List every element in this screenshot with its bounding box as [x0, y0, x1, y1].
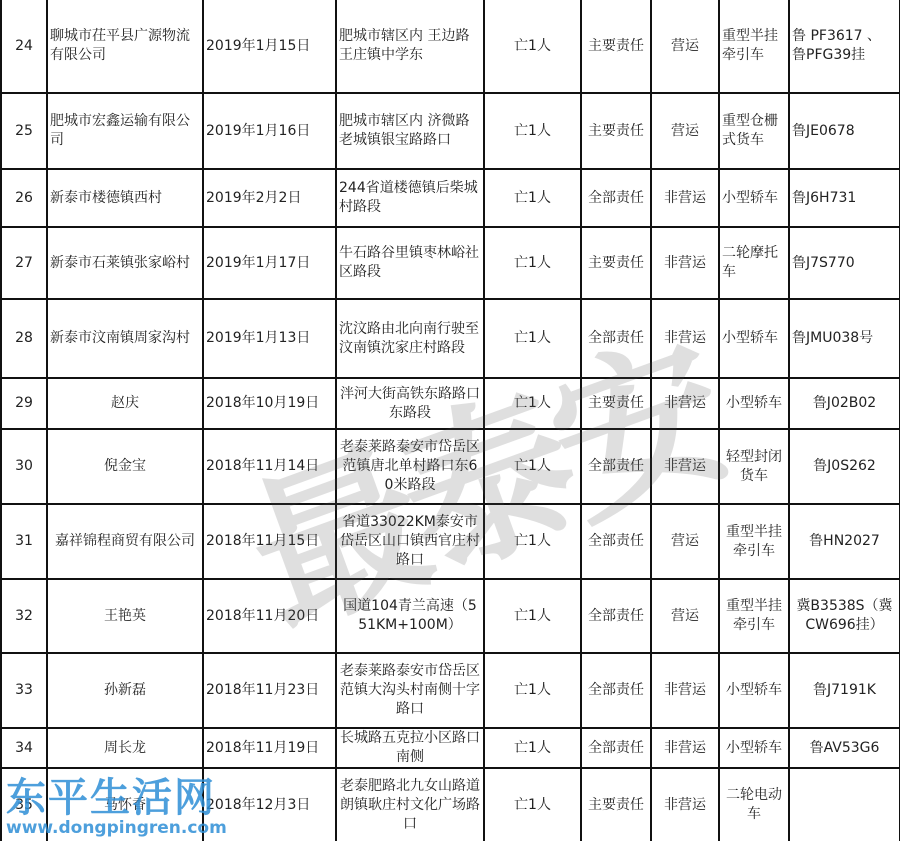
vehicle-type: 重型半挂牵引车 [719, 0, 789, 93]
license-plate: 鲁J7191K [789, 653, 900, 728]
responsible-party: 赵庆 [47, 378, 203, 429]
casualty: 亡1人 [484, 93, 581, 169]
casualty: 亡1人 [484, 227, 581, 299]
row-number: 29 [1, 378, 47, 429]
liability: 全部责任 [581, 728, 651, 768]
casualty: 亡1人 [484, 653, 581, 728]
accident-location: 泮河大街高铁东路路口东路段 [336, 378, 484, 429]
responsible-party: 新泰市石莱镇张家峪村 [47, 227, 203, 299]
casualty: 亡1人 [484, 579, 581, 653]
accident-records-table: 24 聊城市茌平县广源物流有限公司 2019年1月15日 肥城市辖区内 王边路王… [0, 0, 900, 841]
accident-date: 2019年1月13日 [203, 299, 336, 378]
responsible-party: 聊城市茌平县广源物流有限公司 [47, 0, 203, 93]
table-row: 28 新泰市汶南镇周家沟村 2019年1月13日 沈汶路由北向南行驶至汶南镇沈家… [1, 299, 900, 378]
license-plate: 鲁J02B02 [789, 378, 900, 429]
accident-date: 2019年1月17日 [203, 227, 336, 299]
vehicle-type: 小型轿车 [719, 299, 789, 378]
row-number: 25 [1, 93, 47, 169]
vehicle-usage: 非营运 [651, 728, 719, 768]
accident-location: 沈汶路由北向南行驶至汶南镇沈家庄村路段 [336, 299, 484, 378]
accident-date: 2019年2月2日 [203, 169, 336, 227]
accident-location: 244省道楼德镇后柴城村路段 [336, 169, 484, 227]
responsible-party: 王艳英 [47, 579, 203, 653]
vehicle-usage: 非营运 [651, 378, 719, 429]
liability: 全部责任 [581, 169, 651, 227]
accident-location: 老泰肥路北九女山路道朗镇耿庄村文化广场路口 [336, 768, 484, 841]
accident-location: 长城路五克拉小区路口南侧 [336, 728, 484, 768]
liability: 主要责任 [581, 227, 651, 299]
casualty: 亡1人 [484, 429, 581, 504]
accident-date: 2019年1月15日 [203, 0, 336, 93]
casualty: 亡1人 [484, 768, 581, 841]
responsible-party: 孙新磊 [47, 653, 203, 728]
vehicle-type: 重型仓栅式货车 [719, 93, 789, 169]
casualty: 亡1人 [484, 504, 581, 579]
table-row: 25 肥城市宏鑫运输有限公司 2019年1月16日 肥城市辖区内 济微路老城镇银… [1, 93, 900, 169]
vehicle-usage: 非营运 [651, 299, 719, 378]
table-row: 35 马怀香 2018年12月3日 老泰肥路北九女山路道朗镇耿庄村文化广场路口 … [1, 768, 900, 841]
responsible-party: 嘉祥锦程商贸有限公司 [47, 504, 203, 579]
table-row: 26 新泰市楼德镇西村 2019年2月2日 244省道楼德镇后柴城村路段 亡1人… [1, 169, 900, 227]
vehicle-usage: 营运 [651, 579, 719, 653]
table-row: 33 孙新磊 2018年11月23日 老泰莱路泰安市岱岳区范镇大沟头村南侧十字路… [1, 653, 900, 728]
row-number: 32 [1, 579, 47, 653]
license-plate: 鲁 PF3617 、 鲁PFG39挂 [789, 0, 900, 93]
table-row: 29 赵庆 2018年10月19日 泮河大街高铁东路路口东路段 亡1人 主要责任… [1, 378, 900, 429]
table-row: 24 聊城市茌平县广源物流有限公司 2019年1月15日 肥城市辖区内 王边路王… [1, 0, 900, 93]
liability: 主要责任 [581, 768, 651, 841]
row-number: 35 [1, 768, 47, 841]
accident-date: 2018年11月19日 [203, 728, 336, 768]
accident-date: 2018年10月19日 [203, 378, 336, 429]
vehicle-type: 小型轿车 [719, 728, 789, 768]
license-plate: 鲁J6H731 [789, 169, 900, 227]
license-plate: 鲁JMU038号 [789, 299, 900, 378]
table-row: 32 王艳英 2018年11月20日 国道104青兰高速（551KM+100M）… [1, 579, 900, 653]
vehicle-type: 轻型封闭货车 [719, 429, 789, 504]
casualty: 亡1人 [484, 0, 581, 93]
accident-location: 省道33022KM泰安市岱岳区山口镇西官庄村路口 [336, 504, 484, 579]
responsible-party: 肥城市宏鑫运输有限公司 [47, 93, 203, 169]
accident-date: 2018年11月15日 [203, 504, 336, 579]
vehicle-type: 小型轿车 [719, 653, 789, 728]
table-row: 30 倪金宝 2018年11月14日 老泰莱路泰安市岱岳区范镇唐北单村路口东60… [1, 429, 900, 504]
license-plate: 鲁J7S770 [789, 227, 900, 299]
vehicle-usage: 非营运 [651, 227, 719, 299]
row-number: 28 [1, 299, 47, 378]
vehicle-type: 小型轿车 [719, 169, 789, 227]
liability: 全部责任 [581, 504, 651, 579]
liability: 主要责任 [581, 0, 651, 93]
vehicle-type: 二轮电动车 [719, 768, 789, 841]
row-number: 27 [1, 227, 47, 299]
vehicle-usage: 营运 [651, 504, 719, 579]
row-number: 24 [1, 0, 47, 93]
responsible-party: 马怀香 [47, 768, 203, 841]
accident-date: 2018年11月23日 [203, 653, 336, 728]
casualty: 亡1人 [484, 378, 581, 429]
vehicle-usage: 营运 [651, 93, 719, 169]
liability: 全部责任 [581, 653, 651, 728]
license-plate: 冀B3538S（冀CW696挂） [789, 579, 900, 653]
row-number: 34 [1, 728, 47, 768]
vehicle-usage: 非营运 [651, 653, 719, 728]
table-row: 27 新泰市石莱镇张家峪村 2019年1月17日 牛石路谷里镇枣林峪社区路段 亡… [1, 227, 900, 299]
liability: 主要责任 [581, 93, 651, 169]
liability: 全部责任 [581, 429, 651, 504]
row-number: 31 [1, 504, 47, 579]
responsible-party: 周长龙 [47, 728, 203, 768]
vehicle-type: 小型轿车 [719, 378, 789, 429]
license-plate: 鲁J0S262 [789, 429, 900, 504]
casualty: 亡1人 [484, 299, 581, 378]
responsible-party: 新泰市楼德镇西村 [47, 169, 203, 227]
license-plate [789, 768, 900, 841]
vehicle-type: 重型半挂牵引车 [719, 579, 789, 653]
vehicle-usage: 非营运 [651, 768, 719, 841]
accident-date: 2018年11月14日 [203, 429, 336, 504]
liability: 主要责任 [581, 378, 651, 429]
accident-location: 老泰莱路泰安市岱岳区范镇大沟头村南侧十字路口 [336, 653, 484, 728]
accident-location: 牛石路谷里镇枣林峪社区路段 [336, 227, 484, 299]
vehicle-type: 重型半挂牵引车 [719, 504, 789, 579]
license-plate: 鲁HN2027 [789, 504, 900, 579]
row-number: 26 [1, 169, 47, 227]
vehicle-usage: 营运 [651, 0, 719, 93]
responsible-party: 倪金宝 [47, 429, 203, 504]
row-number: 33 [1, 653, 47, 728]
liability: 全部责任 [581, 299, 651, 378]
liability: 全部责任 [581, 579, 651, 653]
vehicle-type: 二轮摩托车 [719, 227, 789, 299]
casualty: 亡1人 [484, 728, 581, 768]
accident-date: 2018年12月3日 [203, 768, 336, 841]
accident-location: 老泰莱路泰安市岱岳区范镇唐北单村路口东60米路段 [336, 429, 484, 504]
license-plate: 鲁AV53G6 [789, 728, 900, 768]
responsible-party: 新泰市汶南镇周家沟村 [47, 299, 203, 378]
vehicle-usage: 非营运 [651, 169, 719, 227]
table-row: 34 周长龙 2018年11月19日 长城路五克拉小区路口南侧 亡1人 全部责任… [1, 728, 900, 768]
accident-date: 2018年11月20日 [203, 579, 336, 653]
accident-location: 肥城市辖区内 济微路老城镇银宝路路口 [336, 93, 484, 169]
row-number: 30 [1, 429, 47, 504]
accident-date: 2019年1月16日 [203, 93, 336, 169]
vehicle-usage: 非营运 [651, 429, 719, 504]
accident-location: 肥城市辖区内 王边路王庄镇中学东 [336, 0, 484, 93]
accident-location: 国道104青兰高速（551KM+100M） [336, 579, 484, 653]
casualty: 亡1人 [484, 169, 581, 227]
table-row: 31 嘉祥锦程商贸有限公司 2018年11月15日 省道33022KM泰安市岱岳… [1, 504, 900, 579]
license-plate: 鲁JE0678 [789, 93, 900, 169]
